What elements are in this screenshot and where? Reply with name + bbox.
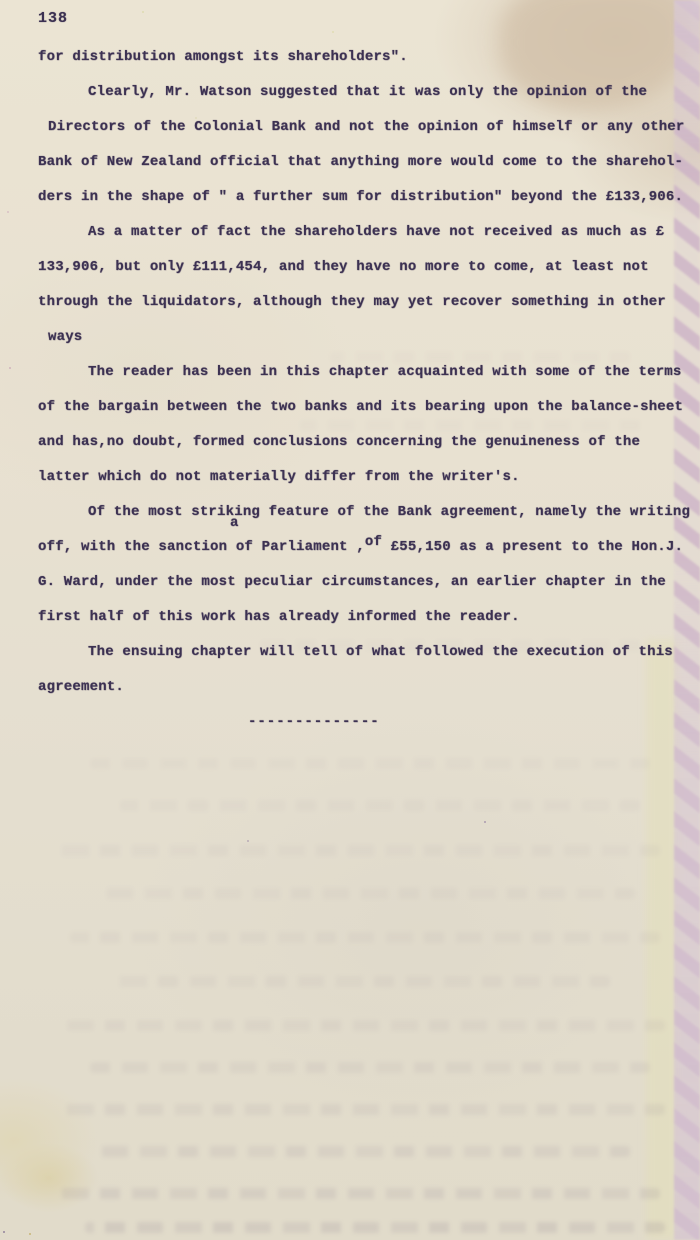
- bleed-through-line: [260, 640, 640, 651]
- text-line: first half of this work has already info…: [38, 600, 676, 635]
- raised-word: of: [365, 534, 382, 550]
- bleed-through-line: [120, 800, 640, 811]
- page-number: 138: [38, 10, 68, 27]
- bleed-through-line: [85, 1222, 665, 1233]
- divider-dashes: --------------: [38, 705, 676, 740]
- text-line: Bank of New Zealand official that anythi…: [38, 145, 676, 180]
- page-edge-stripes: [674, 0, 700, 1240]
- bleed-through-line: [60, 1188, 660, 1199]
- bleed-through-line: [90, 1062, 650, 1073]
- bleed-through-line: [300, 420, 640, 431]
- bleed-through-line: [95, 888, 635, 899]
- text-line: through the liquidators, although they m…: [38, 285, 676, 320]
- text-line: As a matter of fact the shareholders hav…: [38, 215, 676, 250]
- bleed-through-line: [55, 1104, 665, 1115]
- text-line: for distribution amongst its shareholder…: [38, 40, 676, 75]
- text-line: latter which do not materially differ fr…: [38, 460, 676, 495]
- bleed-through-line: [60, 845, 660, 856]
- text-line: ways: [38, 320, 676, 355]
- bleed-through-line: [70, 932, 660, 943]
- text-line: agreement.: [38, 670, 676, 705]
- bleed-through-line: [65, 1020, 665, 1031]
- text-line: Clearly, Mr. Watson suggested that it wa…: [38, 75, 676, 110]
- document-page: 138 for distribution amongst its shareho…: [0, 0, 700, 1240]
- text-line: Of the most striking feature of the Bank…: [38, 495, 676, 530]
- bleed-through-line: [100, 1146, 630, 1157]
- bleed-through-line: [90, 758, 650, 769]
- text-line: ders in the shape of " a further sum for…: [38, 180, 676, 215]
- bleed-through-line: [110, 976, 610, 987]
- line-segment: £55,150 as a present to the Hon.J.: [382, 539, 683, 555]
- bleed-through-line: [330, 352, 630, 363]
- line-segment: off, with the sanction of Parliament ,: [38, 539, 365, 555]
- typewritten-text: for distribution amongst its shareholder…: [38, 40, 676, 740]
- text-line: 133,906, but only £111,454, and they hav…: [38, 250, 676, 285]
- text-line: Directors of the Colonial Bank and not t…: [38, 110, 676, 145]
- text-line: aoff, with the sanction of Parliament ,o…: [38, 530, 676, 565]
- text-line: G. Ward, under the most peculiar circums…: [38, 565, 676, 600]
- inserted-correction-a: a: [230, 516, 239, 530]
